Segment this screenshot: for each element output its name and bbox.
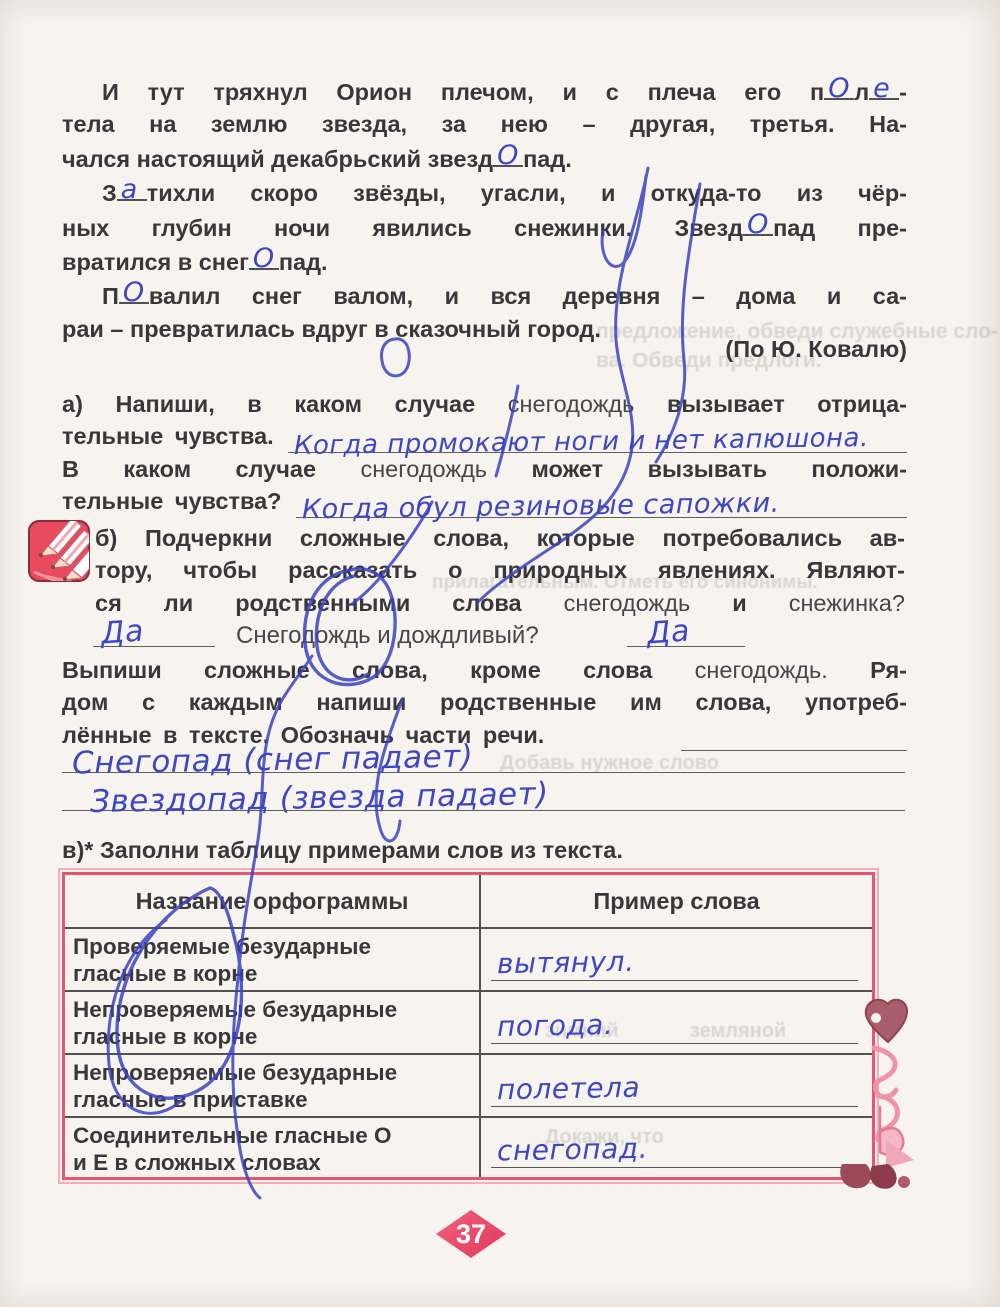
handwritten-letter: а bbox=[121, 176, 138, 203]
pink-shape bbox=[886, 1140, 914, 1168]
answer-line: Звездопад (звезда падает) bbox=[62, 772, 905, 811]
term-word: снегодождь. bbox=[695, 657, 828, 683]
story-segment: вратился в снег bbox=[62, 249, 249, 275]
task-text: В каком случае bbox=[62, 456, 360, 482]
handwritten-answer: Звездопад (звезда падает) bbox=[90, 776, 549, 820]
answer-line: Когда обул резиновые сапожки. bbox=[296, 511, 907, 518]
yes-answer-row: Да Снегодождь и дождливый? Да bbox=[95, 619, 905, 653]
story-segment: пад. bbox=[523, 146, 572, 172]
pink-shape bbox=[880, 1106, 903, 1155]
handwritten-letter: О bbox=[123, 279, 144, 306]
term-word: снегодождь bbox=[508, 391, 635, 417]
story-line: И тут тряхнул Орион плечом, и с плеча ег… bbox=[62, 74, 907, 108]
author-credit: (По Ю. Ковалю) bbox=[62, 336, 907, 363]
task-a: а) Напиши, в каком случае снегодождь выз… bbox=[62, 388, 907, 518]
task-b-line: ся ли родственными слова снегодождь и сн… bbox=[95, 587, 905, 619]
pink-squiggle bbox=[874, 1048, 896, 1097]
answer-line bbox=[491, 980, 858, 981]
letter-gap: О bbox=[119, 278, 149, 304]
story-line: тела на землю звезда, за нею – другая, т… bbox=[62, 108, 907, 140]
task-text: Ря- bbox=[828, 657, 907, 683]
handwritten-letter: О bbox=[747, 211, 768, 238]
table-row-example: погода. bbox=[481, 990, 872, 1053]
task-text: вызывает отрица- bbox=[634, 391, 907, 417]
story-segment: пад пре- bbox=[773, 215, 907, 241]
table-header-orthogram: Название орфограммы bbox=[65, 875, 481, 927]
task-a-line: а) Напиши, в каком случае снегодождь выз… bbox=[62, 388, 907, 420]
pink-squiggle bbox=[878, 1096, 898, 1140]
table-row-example: снегопад. bbox=[481, 1116, 872, 1177]
term-word: снегодождь bbox=[564, 590, 691, 616]
task-text: тельные чувства. bbox=[62, 420, 274, 452]
handwritten-letter: О bbox=[828, 75, 849, 102]
term-word: снежинка? bbox=[789, 590, 905, 616]
handwritten-letter: О bbox=[253, 245, 274, 272]
answer-line: Когда промокают ноги и нет капюшона. bbox=[288, 446, 907, 453]
letter-gap: а bbox=[117, 175, 147, 201]
task-text: Выпиши сложные слова, кроме слова bbox=[62, 657, 695, 683]
story-line: вратился в снегОпад. bbox=[62, 244, 907, 278]
task-text: ся ли родственными слова bbox=[95, 590, 564, 616]
letter-gap: О bbox=[493, 141, 523, 167]
table-row-example: полетела bbox=[481, 1053, 872, 1116]
table-row-name: Непроверяемые безударные гласные в прист… bbox=[65, 1053, 481, 1116]
page-number: 37 bbox=[456, 1219, 486, 1250]
handwritten-answer: вытянул. bbox=[497, 945, 635, 980]
task-text: а) Напиши, в каком случае bbox=[62, 391, 508, 417]
story-segment: - bbox=[899, 79, 907, 105]
task-v-line: в)* Заполни таблицу примерами слов из те… bbox=[62, 834, 907, 866]
story-segment: И тут тряхнул Орион плечом, и с плеча ег… bbox=[102, 79, 824, 105]
letter-gap: О bbox=[743, 210, 773, 236]
handwritten-answer: Да bbox=[100, 614, 145, 652]
orthogram-table: Название орфограммы Пример слова Проверя… bbox=[62, 872, 875, 1180]
story-text: И тут тряхнул Орион плечом, и с плеча ег… bbox=[62, 74, 907, 345]
handwritten-answer: снегопад. bbox=[497, 1132, 649, 1168]
workbook-page: предложение, обведи служебные сло- ва. О… bbox=[0, 0, 1000, 1307]
task-copy-line: Выпиши сложные слова, кроме слова снегод… bbox=[62, 654, 907, 686]
story-segment: чался настоящий декабрьский звезд bbox=[62, 146, 493, 172]
handwritten-answer: Да bbox=[646, 614, 691, 652]
story-segment: З bbox=[102, 180, 117, 206]
story-segment: тихли скоро звёзды, угасли, и откуда-то … bbox=[147, 180, 907, 206]
task-a-line: В каком случае снегодождь может вызывать… bbox=[62, 453, 907, 485]
task-b: б) Подчеркни сложные слова, которые потр… bbox=[95, 522, 905, 653]
answer-row: тельные чувства?Когда обул резиновые сап… bbox=[62, 485, 907, 517]
story-line: ных глубин ночи явились снежинки. ЗвездО… bbox=[62, 210, 907, 244]
story-segment: П bbox=[102, 283, 119, 309]
task-text: и bbox=[690, 590, 789, 616]
answer-line bbox=[491, 1167, 858, 1168]
table-row-name: Непроверяемые безударные гласные в корне bbox=[65, 990, 481, 1053]
answer-row: тельные чувства.Когда промокают ноги и н… bbox=[62, 420, 907, 452]
handwritten-answer: полетела bbox=[497, 1071, 641, 1106]
story-segment: л bbox=[854, 79, 869, 105]
handwritten-answer: погода. bbox=[497, 1008, 614, 1043]
table-row-name: Проверяемые безударные гласные в корне bbox=[65, 927, 481, 990]
story-line: Затихли скоро звёзды, угасли, и откуда-т… bbox=[62, 175, 907, 209]
task-v: в)* Заполни таблицу примерами слов из те… bbox=[62, 834, 907, 866]
letter-gap: О bbox=[249, 244, 279, 270]
story-line: ПОвалил снег валом, и вся деревня – дома… bbox=[62, 278, 907, 312]
letter-gap: О bbox=[824, 74, 854, 100]
answer-line bbox=[491, 1043, 858, 1044]
answer-line bbox=[491, 1106, 858, 1107]
letter-gap: е bbox=[869, 74, 899, 100]
story-segment: валил снег валом, и вся деревня – дома и… bbox=[149, 283, 907, 309]
task-text: может вызывать положи- bbox=[487, 456, 907, 482]
answer-line: Снегопад (снег падает) bbox=[62, 734, 905, 773]
story-line: чался настоящий декабрьский звездОпад. bbox=[62, 141, 907, 175]
task-b-line: тору, чтобы рассказать о природных явлен… bbox=[95, 554, 905, 586]
term-word: снегодождь bbox=[360, 456, 487, 482]
table-row-name: Соединительные гласные О и Е в сложных с… bbox=[65, 1116, 481, 1177]
dark-blob bbox=[898, 1176, 910, 1188]
page-number-badge: 37 bbox=[436, 1210, 506, 1258]
story-segment: ных глубин ночи явились снежинки. Звезд bbox=[62, 215, 743, 241]
handwritten-letter: О bbox=[497, 142, 518, 169]
table-header-example: Пример слова bbox=[481, 875, 872, 927]
task-b-line: б) Подчеркни сложные слова, которые потр… bbox=[95, 522, 905, 554]
handwritten-answer: Когда обул резиновые сапожки. bbox=[301, 487, 779, 525]
pencils-icon bbox=[28, 520, 90, 582]
handwritten-letter: е bbox=[873, 75, 890, 102]
task-text: Снегодождь и дождливый? bbox=[236, 621, 539, 651]
task-copy-line: дом с каждым напиши родственные им слова… bbox=[62, 686, 907, 718]
task-text: тельные чувства? bbox=[62, 485, 282, 517]
story-segment: пад. bbox=[279, 249, 328, 275]
table-row-example: вытянул. bbox=[481, 927, 872, 990]
